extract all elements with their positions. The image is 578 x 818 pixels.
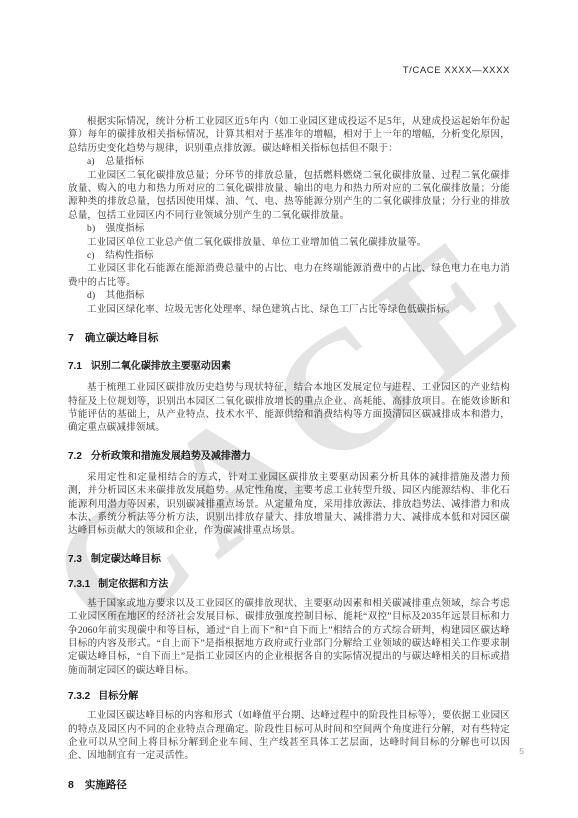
heading-number: 7.3 bbox=[68, 554, 82, 565]
paragraph: 工业园区碳达峰目标的内容和形式（如峰值平台期、达峰过程中的阶段性目标等），要依据… bbox=[68, 710, 510, 764]
heading-title: 制定依据和方法 bbox=[98, 575, 168, 590]
heading-title: 实施路径 bbox=[85, 777, 127, 792]
heading-number: 7.2 bbox=[68, 451, 82, 462]
heading-title: 目标分解 bbox=[98, 687, 138, 702]
list-label: 其他指标 bbox=[106, 291, 145, 301]
heading-title: 制定碳达峰目标 bbox=[91, 550, 161, 565]
heading-number: 7 bbox=[68, 332, 74, 344]
heading-number: 7.3.1 bbox=[68, 579, 90, 590]
heading-number: 7.3.2 bbox=[68, 691, 90, 702]
list-item: d)其他指标 bbox=[68, 290, 510, 303]
list-item: a)总量指标 bbox=[68, 156, 510, 169]
paragraph: 基于梳理工业园区碳排放历史趋势与现状特征，结合本地区发展定位与进程、工业园区的产… bbox=[68, 382, 510, 436]
list-marker: c) bbox=[87, 251, 95, 261]
heading-number: 7.1 bbox=[68, 361, 82, 372]
document-page: T/CACE XXXX—XXXX CACE 根据实际情况，统计分析工业园区近5年… bbox=[0, 0, 578, 818]
section-heading-7.1: 7.1识别二氧化碳排放主要驱动因素 bbox=[68, 357, 510, 372]
page-number: 5 bbox=[519, 746, 524, 756]
paragraph: 工业园区非化石能源在能源消费总量中的占比、电力在终端能源消费中的占比、绿色电力在… bbox=[68, 263, 510, 290]
section-heading-7.2: 7.2分析政策和措施发展趋势及减排潜力 bbox=[68, 447, 510, 462]
list-marker: a) bbox=[87, 157, 95, 167]
paragraph: 基于国家或地方要求以及工业园区的碳排放现状、主要驱动因素和相关碳减排重点领域，综… bbox=[68, 598, 510, 678]
list-item: b)强度指标 bbox=[68, 223, 510, 236]
list-marker: d) bbox=[87, 291, 95, 301]
paragraph: 采用定性和定量相结合的方式，针对工业园区碳排放主要驱动因素分析具体的减排措施及潜… bbox=[68, 472, 510, 539]
section-heading-7.3.2: 7.3.2目标分解 bbox=[68, 687, 510, 702]
section-heading-7.3.1: 7.3.1制定依据和方法 bbox=[68, 575, 510, 590]
heading-title: 确立碳达峰目标 bbox=[85, 330, 159, 345]
paragraph: 工业园区单位工业总产值二氧化碳排放量、单位工业增加值二氧化碳排放量等。 bbox=[68, 237, 510, 250]
list-label: 结构性指标 bbox=[105, 251, 154, 261]
section-heading-7: 7确立碳达峰目标 bbox=[68, 330, 510, 345]
section-heading-8: 8实施路径 bbox=[68, 777, 510, 792]
list-item: c)结构性指标 bbox=[68, 250, 510, 263]
heading-title: 识别二氧化碳排放主要驱动因素 bbox=[91, 357, 231, 372]
paragraph: 工业园区二氧化碳排放总量；分环节的排放总量，包括燃料燃烧二氧化碳排放量、过程二氧… bbox=[68, 170, 510, 224]
standard-code-header: T/CACE XXXX—XXXX bbox=[403, 65, 510, 76]
section-heading-7.3: 7.3制定碳达峰目标 bbox=[68, 550, 510, 565]
paragraph: 根据实际情况，统计分析工业园区近5年内（如工业园区建成投运不足5年，从建成投运起… bbox=[68, 116, 510, 156]
heading-title: 分析政策和措施发展趋势及减排潜力 bbox=[91, 447, 251, 462]
list-label: 强度指标 bbox=[106, 224, 145, 234]
document-body: 根据实际情况，统计分析工业园区近5年内（如工业园区建成投运不足5年，从建成投运起… bbox=[68, 116, 510, 804]
paragraph: 工业园区绿化率、垃圾无害化处理率、绿色建筑占比、绿色工厂占比等绿色低碳指标。 bbox=[68, 304, 510, 317]
list-label: 总量指标 bbox=[105, 157, 144, 167]
list-marker: b) bbox=[87, 224, 95, 234]
heading-number: 8 bbox=[68, 779, 74, 791]
